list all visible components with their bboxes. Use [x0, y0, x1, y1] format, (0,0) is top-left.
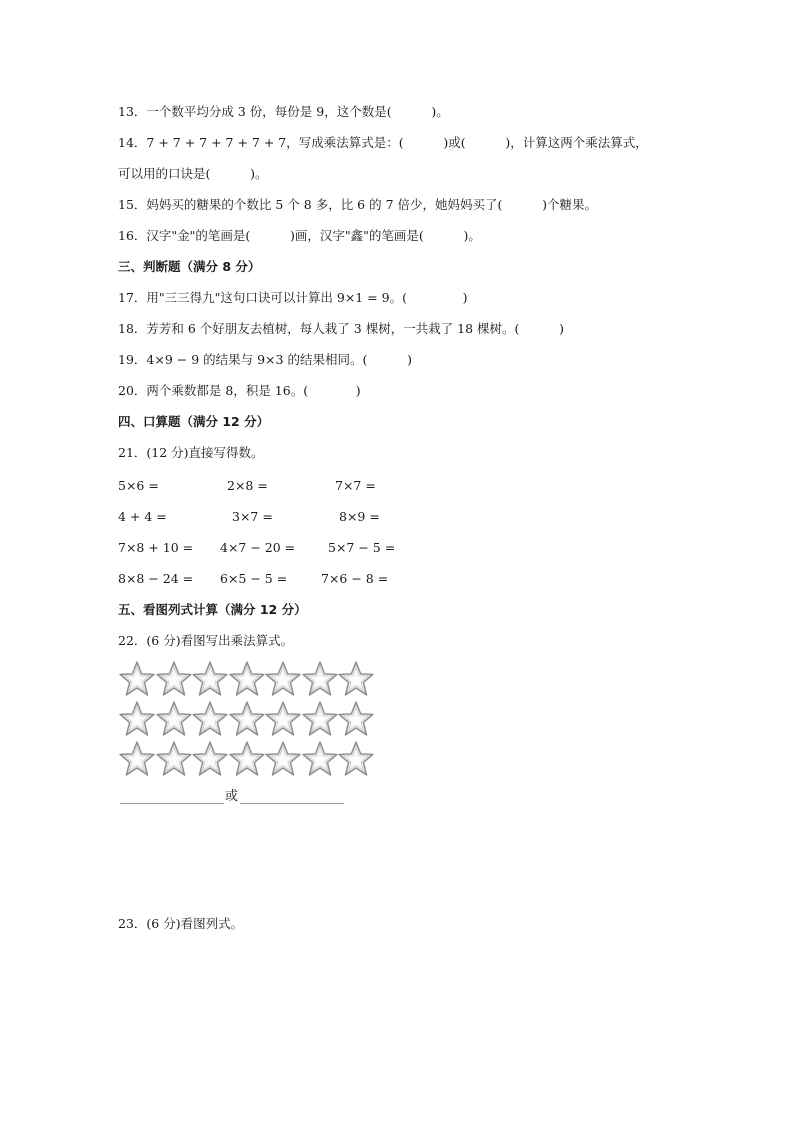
question-14-line1: 14．7 + 7 + 7 + 7 + 7 + 7，写成乘法算式是：( )或( )… — [118, 135, 648, 151]
star-icon — [156, 740, 192, 778]
question-23: 23．(6 分)看图列式。 — [118, 916, 243, 932]
answer-blank-2[interactable] — [240, 803, 344, 804]
calc-item: 7×7 = — [335, 478, 376, 494]
star-icon — [119, 700, 155, 738]
star-icon — [119, 660, 155, 698]
star-icon — [338, 700, 374, 738]
star-icon — [229, 700, 265, 738]
question-19: 19．4×9 − 9 的结果与 9×3 的结果相同。( ) — [118, 352, 412, 368]
star-icon — [338, 740, 374, 778]
calc-item: 7×6 − 8 = — [321, 571, 388, 587]
calc-item: 6×5 − 5 = — [220, 571, 287, 587]
calc-item: 2×8 = — [227, 478, 268, 494]
star-icon — [192, 660, 228, 698]
calc-item: 5×7 − 5 = — [328, 540, 395, 556]
section-5-heading: 五、看图列式计算（满分 12 分） — [118, 602, 307, 618]
star-icon — [265, 660, 301, 698]
star-icon — [156, 700, 192, 738]
question-16: 16．汉字"金"的笔画是( )画，汉字"鑫"的笔画是( )。 — [118, 228, 481, 244]
star-picture — [119, 660, 375, 780]
question-15: 15．妈妈买的糖果的个数比 5 个 8 多，比 6 的 7 倍少，她妈妈买了( … — [118, 197, 597, 213]
section-3-heading: 三、判断题（满分 8 分） — [118, 259, 260, 275]
star-icon — [229, 660, 265, 698]
calc-item: 4 + 4 = — [118, 509, 167, 525]
question-20: 20．两个乘数都是 8，积是 16。( ) — [118, 383, 361, 399]
star-icon — [229, 740, 265, 778]
star-icon — [338, 660, 374, 698]
star-icon — [302, 700, 338, 738]
question-21: 21．(12 分)直接写得数。 — [118, 445, 264, 461]
calc-item: 3×7 = — [232, 509, 273, 525]
star-icon — [192, 700, 228, 738]
calc-item: 8×8 − 24 = — [118, 571, 193, 587]
star-icon — [265, 700, 301, 738]
question-22: 22．(6 分)看图写出乘法算式。 — [118, 633, 293, 649]
star-icon — [192, 740, 228, 778]
star-icon — [156, 660, 192, 698]
star-icon — [119, 740, 155, 778]
calc-item: 8×9 = — [339, 509, 380, 525]
calc-item: 5×6 = — [118, 478, 159, 494]
section-4-heading: 四、口算题（满分 12 分） — [118, 414, 269, 430]
calc-item: 7×8 + 10 = — [118, 540, 193, 556]
question-13: 13．一个数平均分成 3 份，每份是 9，这个数是( )。 — [118, 104, 449, 120]
star-icon — [302, 660, 338, 698]
calc-item: 4×7 − 20 = — [220, 540, 295, 556]
star-icon — [265, 740, 301, 778]
question-18: 18．芳芳和 6 个好朋友去植树，每人栽了 3 棵树，一共栽了 18 棵树。( … — [118, 321, 564, 337]
question-17: 17．用"三三得九"这句口诀可以计算出 9×1 = 9。( ) — [118, 290, 468, 306]
question-14-line2: 可以用的口诀是( )。 — [118, 166, 268, 182]
or-label: 或 — [225, 789, 238, 805]
star-icon — [302, 740, 338, 778]
answer-blank-1[interactable] — [120, 803, 224, 804]
